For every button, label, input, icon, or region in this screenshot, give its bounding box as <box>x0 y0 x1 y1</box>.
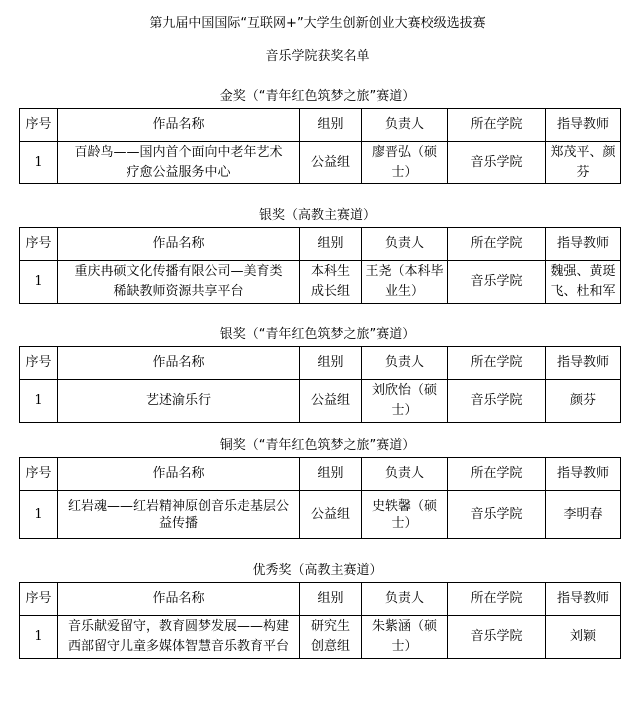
column-header-no: 序号 <box>20 458 58 491</box>
column-header-no: 序号 <box>20 109 58 142</box>
column-header-no: 序号 <box>20 583 58 616</box>
cell-no: 1 <box>20 142 58 184</box>
cell-leader: 王尧（本科毕业生） <box>362 261 448 304</box>
table-header-row: 序号 作品名称 组别 负责人 所在学院 指导教师 <box>20 109 621 142</box>
cell-project: 红岩魂——红岩精神原创音乐走基层公益传播 <box>58 491 300 539</box>
column-header-no: 序号 <box>20 228 58 261</box>
section-title-silver-red-track: 银奖（“青年红色筑梦之旅”赛道） <box>0 327 635 343</box>
cell-group: 公益组 <box>300 491 362 539</box>
section-title-bronze-red-track: 铜奖（“青年红色筑梦之旅”赛道） <box>0 438 635 454</box>
column-header-leader: 负责人 <box>362 109 448 142</box>
cell-leader: 廖晋弘（硕士） <box>362 142 448 184</box>
cell-group: 公益组 <box>300 142 362 184</box>
section-title-silver-main-track: 银奖（高教主赛道） <box>0 208 635 224</box>
column-header-project: 作品名称 <box>58 583 300 616</box>
column-header-group: 组别 <box>300 458 362 491</box>
column-header-leader: 负责人 <box>362 583 448 616</box>
column-header-college: 所在学院 <box>448 228 546 261</box>
column-header-project: 作品名称 <box>58 347 300 380</box>
award-table-excellence-main-track: 序号 作品名称 组别 负责人 所在学院 指导教师 1 音乐献爱留守，教育圆梦发展… <box>19 582 621 659</box>
column-header-college: 所在学院 <box>448 109 546 142</box>
column-header-college: 所在学院 <box>448 583 546 616</box>
column-header-leader: 负责人 <box>362 347 448 380</box>
cell-project: 重庆冉硕文化传播有限公司—美育类稀缺教师资源共享平台 <box>58 261 300 304</box>
column-header-college: 所在学院 <box>448 458 546 491</box>
cell-college: 音乐学院 <box>448 380 546 423</box>
table-header-row: 序号 作品名称 组别 负责人 所在学院 指导教师 <box>20 228 621 261</box>
award-table-bronze-red-track: 序号 作品名称 组别 负责人 所在学院 指导教师 1 红岩魂——红岩精神原创音乐… <box>19 457 621 539</box>
column-header-advisor: 指导教师 <box>546 583 621 616</box>
table-row: 1 音乐献爱留守，教育圆梦发展——构建西部留守儿童多媒体智慧音乐教育平台 研究生… <box>20 616 621 659</box>
cell-project: 百龄鸟——国内首个面向中老年艺术疗愈公益服务中心 <box>58 142 300 184</box>
column-header-advisor: 指导教师 <box>546 228 621 261</box>
cell-advisor: 郑茂平、颜芬 <box>546 142 621 184</box>
column-header-project: 作品名称 <box>58 458 300 491</box>
section-title-excellence-main-track: 优秀奖（高教主赛道） <box>0 563 635 579</box>
column-header-leader: 负责人 <box>362 458 448 491</box>
cell-group: 研究生创意组 <box>300 616 362 659</box>
column-header-group: 组别 <box>300 583 362 616</box>
award-table-silver-red-track: 序号 作品名称 组别 负责人 所在学院 指导教师 1 艺述渝乐行 公益组 刘欣怡… <box>19 346 621 423</box>
table-row: 1 百龄鸟——国内首个面向中老年艺术疗愈公益服务中心 公益组 廖晋弘（硕士） 音… <box>20 142 621 184</box>
column-header-group: 组别 <box>300 228 362 261</box>
column-header-leader: 负责人 <box>362 228 448 261</box>
cell-college: 音乐学院 <box>448 491 546 539</box>
cell-college: 音乐学院 <box>448 261 546 304</box>
award-table-silver-main-track: 序号 作品名称 组别 负责人 所在学院 指导教师 1 重庆冉硕文化传播有限公司—… <box>19 227 621 304</box>
cell-college: 音乐学院 <box>448 616 546 659</box>
cell-no: 1 <box>20 380 58 423</box>
cell-leader: 朱紫涵（硕士） <box>362 616 448 659</box>
cell-no: 1 <box>20 491 58 539</box>
table-row: 1 红岩魂——红岩精神原创音乐走基层公益传播 公益组 史轶馨（硕士） 音乐学院 … <box>20 491 621 539</box>
column-header-college: 所在学院 <box>448 347 546 380</box>
award-table-gold-red-track: 序号 作品名称 组别 负责人 所在学院 指导教师 1 百龄鸟——国内首个面向中老… <box>19 108 621 184</box>
column-header-advisor: 指导教师 <box>546 458 621 491</box>
table-header-row: 序号 作品名称 组别 负责人 所在学院 指导教师 <box>20 583 621 616</box>
table-header-row: 序号 作品名称 组别 负责人 所在学院 指导教师 <box>20 347 621 380</box>
column-header-advisor: 指导教师 <box>546 347 621 380</box>
section-title-gold-red-track: 金奖（“青年红色筑梦之旅”赛道） <box>0 89 635 105</box>
cell-project: 音乐献爱留守，教育圆梦发展——构建西部留守儿童多媒体智慧音乐教育平台 <box>58 616 300 659</box>
cell-no: 1 <box>20 261 58 304</box>
cell-no: 1 <box>20 616 58 659</box>
cell-group: 公益组 <box>300 380 362 423</box>
table-row: 1 艺述渝乐行 公益组 刘欣怡（硕士） 音乐学院 颜芬 <box>20 380 621 423</box>
cell-leader: 刘欣怡（硕士） <box>362 380 448 423</box>
cell-advisor: 李明春 <box>546 491 621 539</box>
cell-project: 艺述渝乐行 <box>58 380 300 423</box>
document-subtitle: 音乐学院获奖名单 <box>0 49 635 65</box>
table-header-row: 序号 作品名称 组别 负责人 所在学院 指导教师 <box>20 458 621 491</box>
cell-leader: 史轶馨（硕士） <box>362 491 448 539</box>
cell-advisor: 魏强、黄珽飞、杜和军 <box>546 261 621 304</box>
table-row: 1 重庆冉硕文化传播有限公司—美育类稀缺教师资源共享平台 本科生成长组 王尧（本… <box>20 261 621 304</box>
cell-advisor: 刘颖 <box>546 616 621 659</box>
cell-advisor: 颜芬 <box>546 380 621 423</box>
column-header-group: 组别 <box>300 109 362 142</box>
cell-group: 本科生成长组 <box>300 261 362 304</box>
column-header-project: 作品名称 <box>58 228 300 261</box>
cell-college: 音乐学院 <box>448 142 546 184</box>
column-header-advisor: 指导教师 <box>546 109 621 142</box>
column-header-group: 组别 <box>300 347 362 380</box>
document-title: 第九届中国国际“互联网+”大学生创新创业大赛校级选拔赛 <box>0 16 635 32</box>
column-header-no: 序号 <box>20 347 58 380</box>
column-header-project: 作品名称 <box>58 109 300 142</box>
